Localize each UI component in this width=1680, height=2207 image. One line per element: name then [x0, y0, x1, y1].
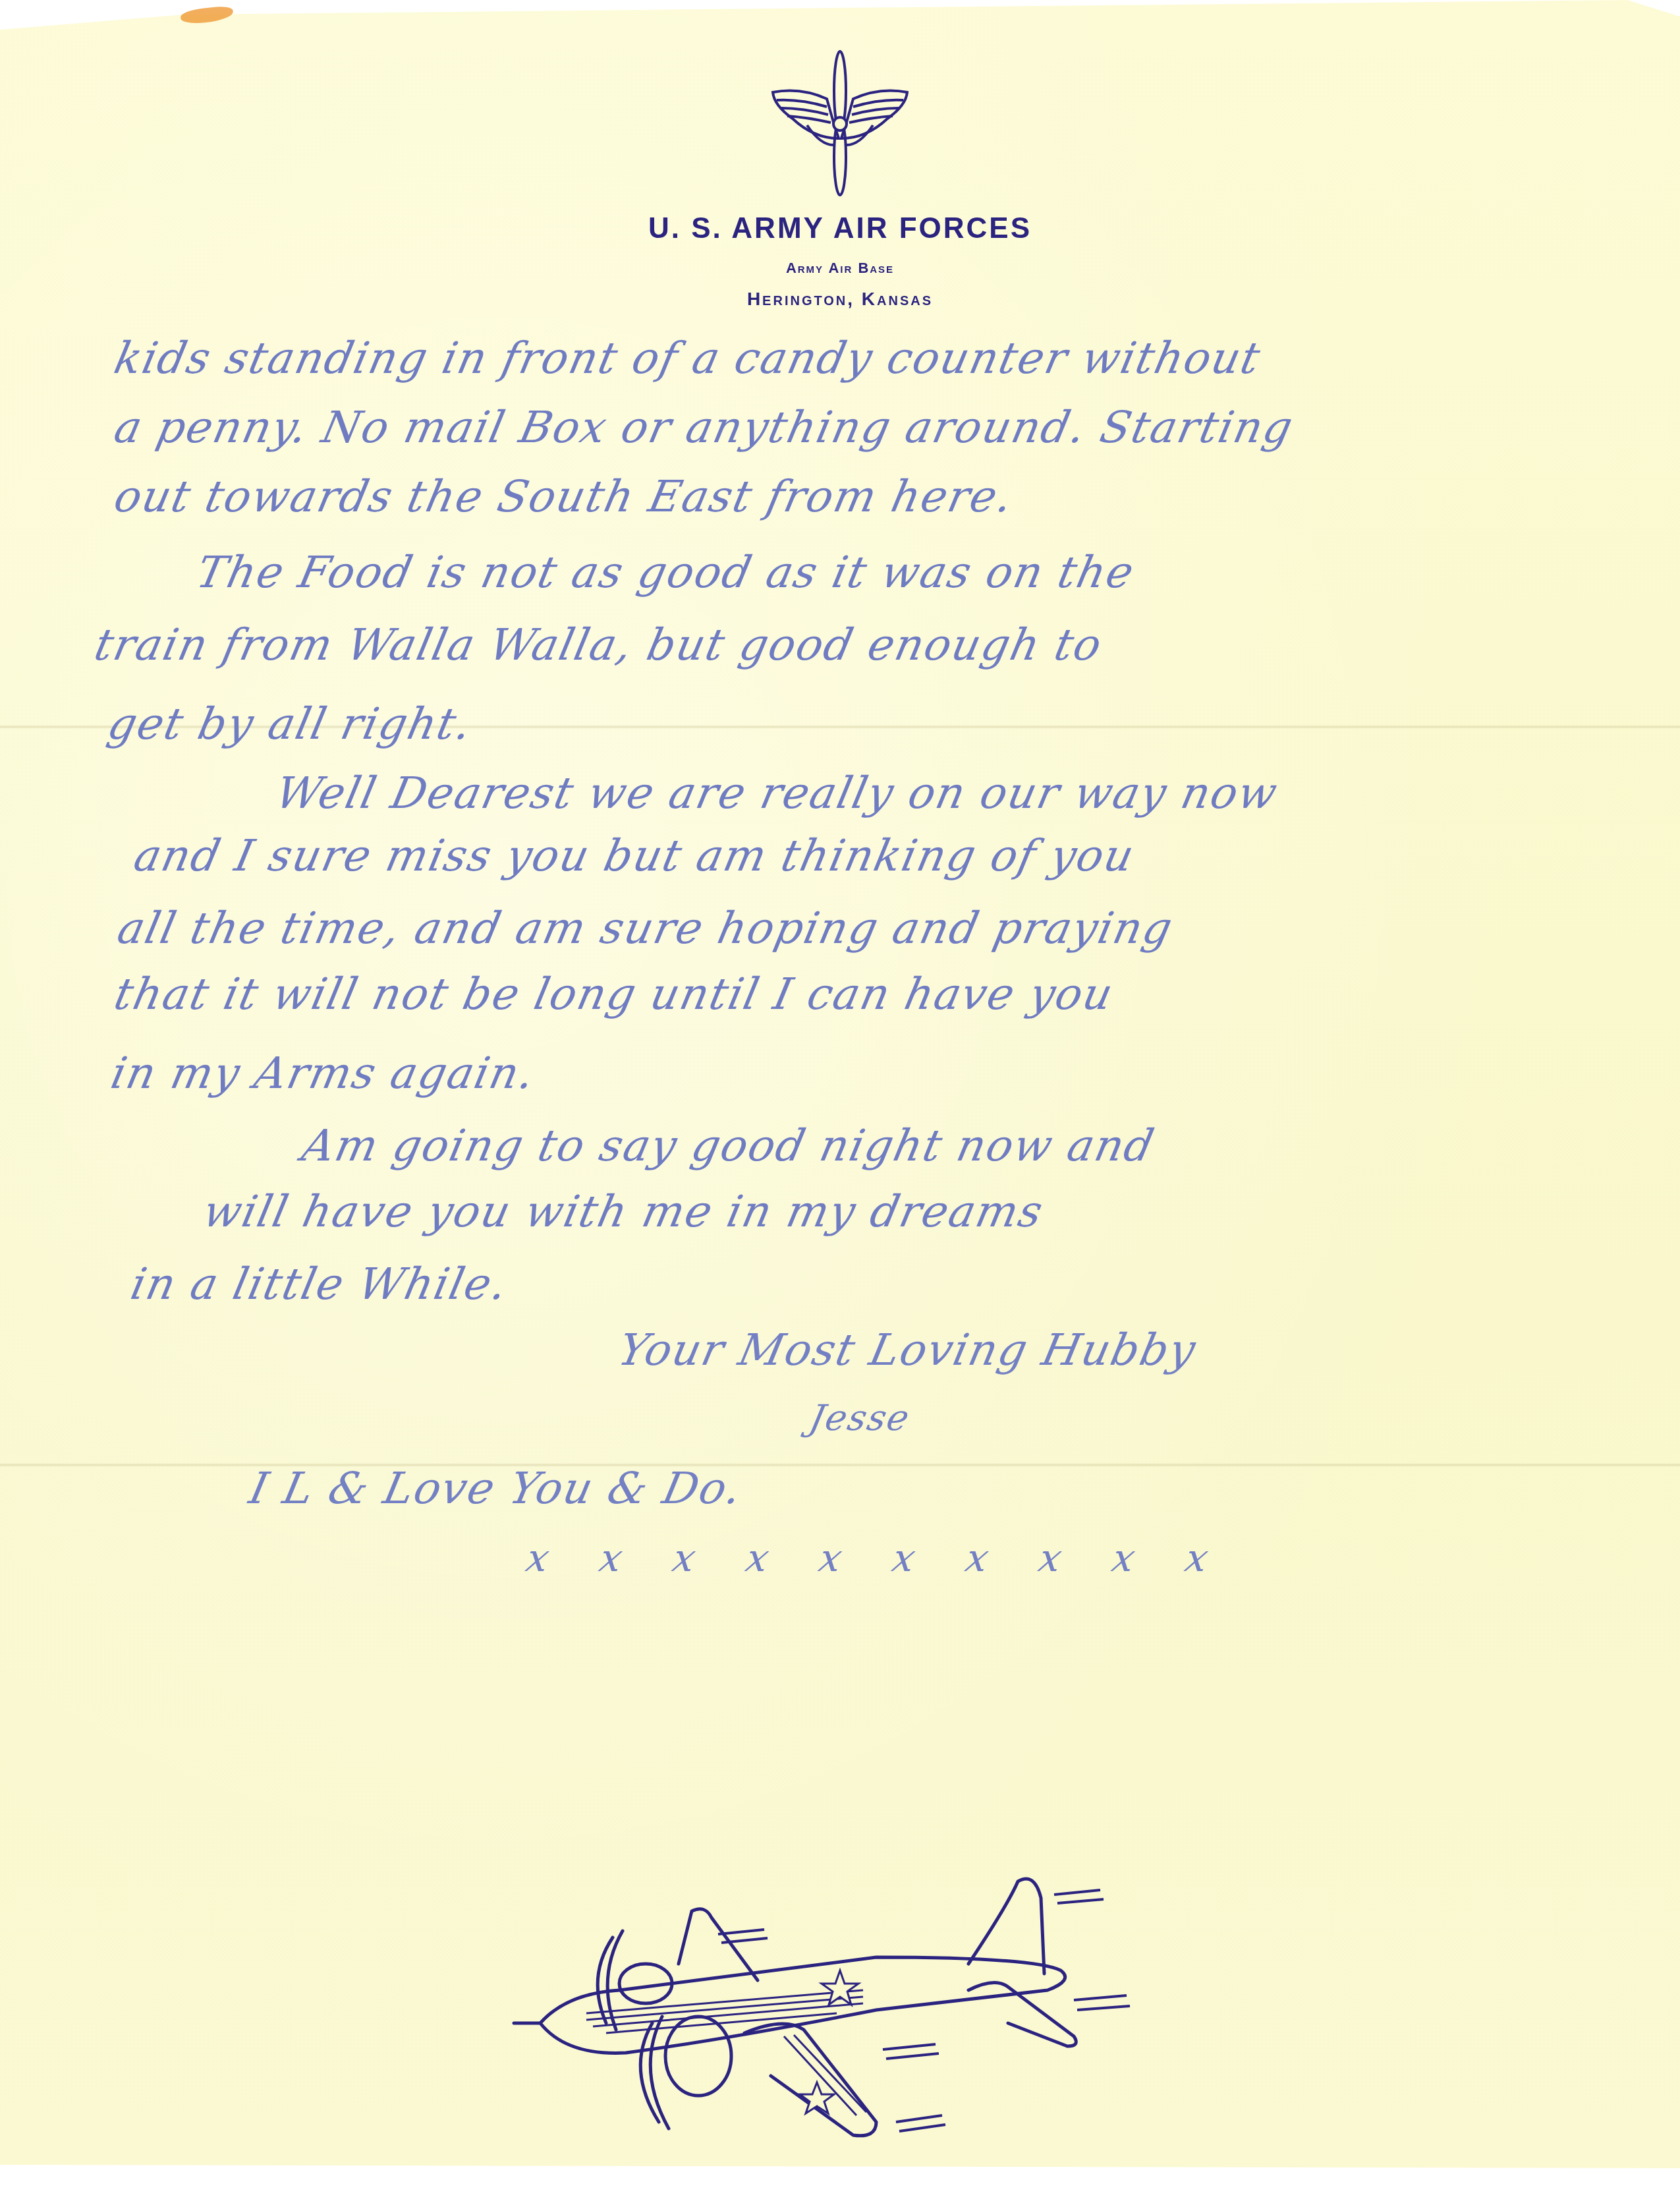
letter-postscript: I L & Love You & Do. [245, 1463, 747, 1514]
letter-line: out towards the South East from here. [110, 471, 1019, 522]
letterhead-subtitle: Army Air Base [0, 260, 1680, 277]
letter-signature: Jesse [806, 1397, 914, 1439]
letter-line: kids standing in front of a candy counte… [110, 333, 1266, 384]
letterhead: U. S. ARMY AIR FORCES Army Air Base Heri… [0, 46, 1680, 310]
letter-line: Am going to say good night now and [298, 1120, 1160, 1171]
letter-kisses: x x x x x x x x x x [522, 1535, 1232, 1580]
letter-line: all the time, and am sure hoping and pra… [113, 903, 1178, 954]
letter-line: a penny. No mail Box or anything around.… [110, 402, 1299, 453]
letter-line: in my Arms again. [107, 1048, 540, 1099]
letter-line: train from Walla Walla, but good enough … [90, 619, 1107, 670]
letter-closing: Your Most Loving Hubby [614, 1325, 1201, 1375]
letter-line: will have you with me in my dreams [199, 1186, 1048, 1237]
letter-line: The Food is not as good as it was on the [192, 547, 1139, 598]
letter-line: Well Dearest we are really on our way no… [271, 768, 1283, 818]
letter-line: that it will not be long until I can hav… [110, 969, 1119, 1019]
fold-crease [0, 1463, 1680, 1467]
b17-bomber-illustration-icon [507, 1858, 1140, 2142]
letterhead-location: Herington, Kansas [0, 289, 1680, 310]
army-air-forces-emblem-icon [761, 46, 919, 198]
letter-line: in a little While. [126, 1259, 513, 1309]
letterhead-title: U. S. ARMY AIR FORCES [0, 212, 1680, 245]
letter-line: get by all right. [103, 699, 477, 749]
letter-line: and I sure miss you but am thinking of y… [130, 830, 1140, 881]
